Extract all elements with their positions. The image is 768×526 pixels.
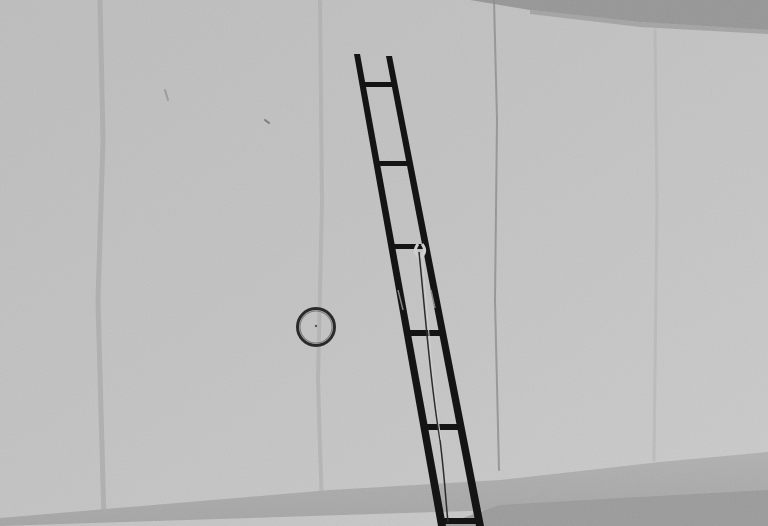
ladder-rung [425,424,458,430]
ladder-rung [441,518,477,524]
ladder-rung [408,330,440,336]
ladder-rung [362,82,392,87]
photo-canvas [0,0,768,526]
ladder-rung [393,244,424,249]
photograph: Black-and-white photograph of a tall dar… [0,0,768,526]
ladder-rung [377,161,407,166]
